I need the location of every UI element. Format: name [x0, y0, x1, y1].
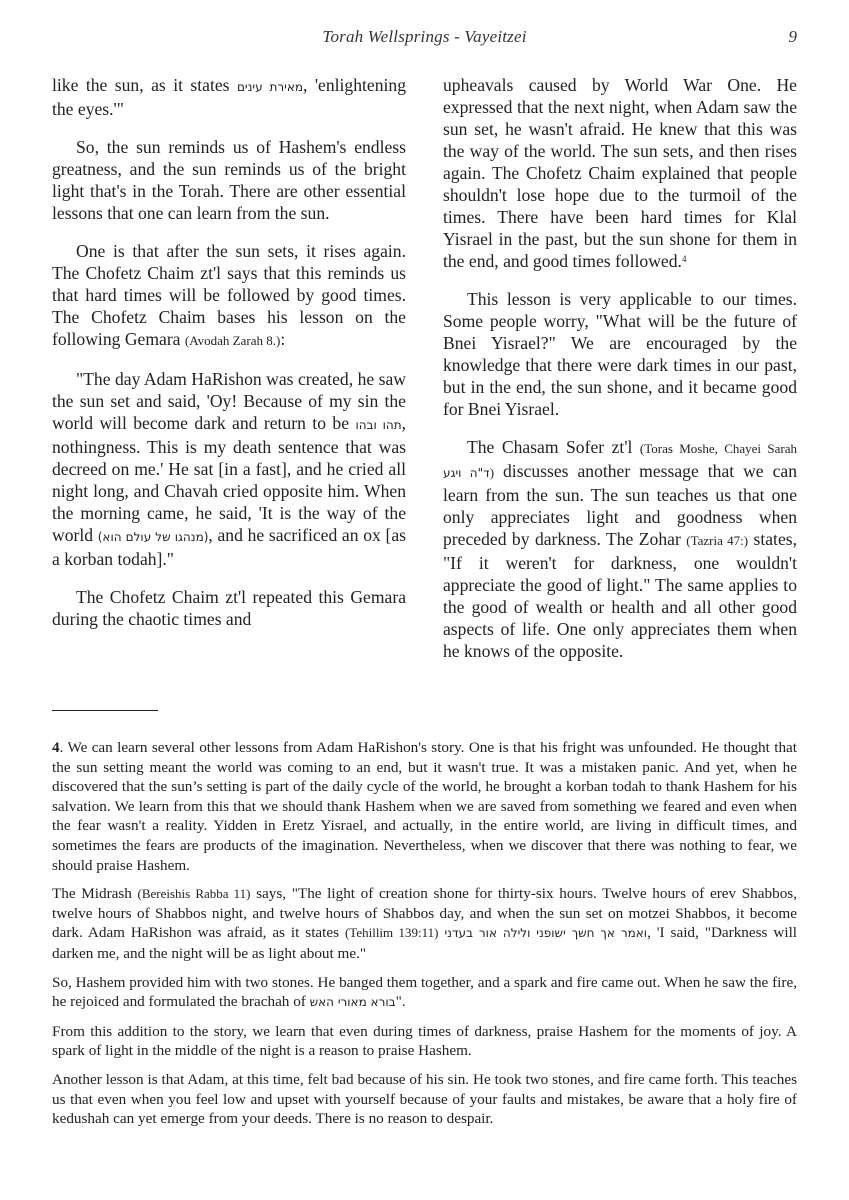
footnotes: 4. We can learn several other lessons fr… — [52, 738, 797, 1138]
footnote-paragraph: Another lesson is that Adam, at this tim… — [52, 1070, 797, 1129]
text: : — [280, 329, 285, 349]
footnote-paragraph: The Midrash (Bereishis Rabba 11) says, "… — [52, 884, 797, 963]
source-citation: (Toras Moshe, Chayei Sarah — [640, 441, 797, 456]
text: ". — [396, 993, 406, 1010]
source-citation: (Tazria 47:) — [686, 533, 748, 548]
text: upheavals caused by World War One. He ex… — [443, 75, 797, 271]
page-number: 9 — [789, 27, 798, 47]
paragraph: So, the sun reminds us of Hashem's endle… — [52, 136, 406, 224]
footnote-paragraph: So, Hashem provided him with two stones.… — [52, 973, 797, 1013]
right-column: upheavals caused by World War One. He ex… — [443, 74, 797, 678]
footnote-divider — [52, 710, 158, 711]
paragraph: like the sun, as it states מאירת עינים, … — [52, 74, 406, 120]
footnote-paragraph: From this addition to the story, we lear… — [52, 1022, 797, 1061]
text: So, Hashem provided him with two stones.… — [52, 974, 797, 1011]
paragraph: One is that after the sun sets, it rises… — [52, 240, 406, 352]
text: The Midrash — [52, 885, 138, 902]
source-citation: (Bereishis Rabba 11) — [138, 886, 251, 901]
paragraph: The Chofetz Chaim zt'l repeated this Gem… — [52, 586, 406, 630]
text: like the sun, as it states — [52, 75, 237, 95]
hebrew-quote: בורא מאורי האש — [310, 995, 396, 1009]
text: "The day Adam HaRishon was created, he s… — [52, 369, 406, 433]
running-header: Torah Wellsprings - Vayeitzei 9 — [0, 27, 849, 51]
left-column: like the sun, as it states מאירת עינים, … — [52, 74, 406, 646]
running-title: Torah Wellsprings - Vayeitzei — [0, 27, 849, 47]
hebrew-quote: ד"ה ויגע — [443, 466, 490, 480]
footnote-number: 4 — [52, 739, 60, 756]
footnote: 4. We can learn several other lessons fr… — [52, 738, 797, 875]
text: . We can learn several other lessons fro… — [52, 739, 797, 874]
footnote-reference[interactable]: 4 — [682, 254, 687, 264]
hebrew-quote: (מנהגו של עולם הוא) — [98, 530, 209, 544]
paragraph: This lesson is very applicable to our ti… — [443, 288, 797, 420]
paragraph: upheavals caused by World War One. He ex… — [443, 74, 797, 272]
source-citation: (Avodah Zarah 8.) — [185, 333, 280, 348]
paragraph: The Chasam Sofer zt'l (Toras Moshe, Chay… — [443, 436, 797, 662]
source-citation: (Tehillim 139:11) — [345, 925, 439, 940]
hebrew-quote: מאירת עינים — [237, 80, 303, 94]
hebrew-quote: תהו ובהו — [355, 418, 401, 432]
hebrew-quote: ואמר אך חשך ישופני ולילה אור בעדני — [444, 926, 647, 940]
paragraph: "The day Adam HaRishon was created, he s… — [52, 368, 406, 570]
text: The Chasam Sofer zt'l — [467, 437, 640, 457]
